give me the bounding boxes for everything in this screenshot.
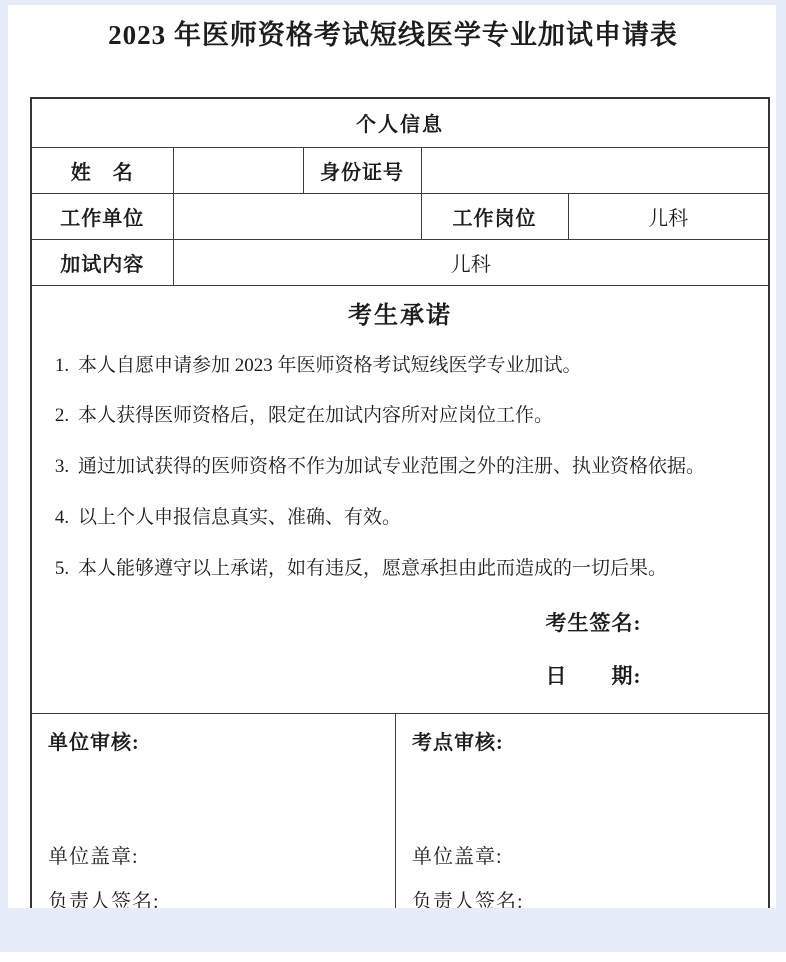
item-text: 本人获得医师资格后，限定在加试内容所对应岗位工作。	[78, 404, 553, 428]
item-number: 2.	[46, 404, 78, 428]
id-number-label: 身份证号	[303, 147, 421, 193]
item-number: 1.	[46, 354, 78, 378]
commitment-item: 2. 本人获得医师资格后，限定在加试内容所对应岗位工作。	[46, 404, 754, 428]
work-post-label: 工作岗位	[421, 193, 568, 239]
right-frame-strip	[776, 0, 786, 962]
name-label: 姓 名	[31, 147, 173, 193]
left-frame-strip	[0, 0, 8, 962]
commitment-row: 考生承诺 1. 本人自愿申请参加 2023 年医师资格考试短线医学专业加试。 2…	[31, 285, 769, 714]
signature-block: 考生签名: 日 期:	[433, 607, 754, 690]
spacer	[412, 755, 754, 840]
item-number: 5.	[46, 557, 78, 581]
extra-test-row: 加试内容 儿科	[31, 239, 769, 285]
commitment-item: 4. 以上个人申报信息真实、准确、有效。	[46, 506, 754, 530]
work-unit-value-cell	[173, 193, 421, 239]
review-columns: 单位审核: 单位盖章: 负责人签名: 考点审核: 单位盖章: 负责人签名:	[32, 714, 768, 924]
commitment-item: 3. 通过加试获得的医师资格不作为加试专业范围之外的注册、执业资格依据。	[46, 455, 754, 479]
review-row: 单位审核: 单位盖章: 负责人签名: 考点审核: 单位盖章: 负责人签名:	[31, 714, 769, 925]
name-row: 姓 名 身份证号	[31, 147, 769, 193]
personal-info-section-title: 个人信息	[31, 98, 769, 147]
commitment-item: 5. 本人能够遵守以上承诺，如有违反，愿意承担由此而造成的一切后果。	[46, 557, 754, 581]
id-number-value-cell	[421, 147, 769, 193]
application-form-table: 个人信息 姓 名 身份证号 工作单位 工作岗位 儿科 加试内容 儿科 考生承诺	[30, 97, 770, 926]
item-text: 本人自愿申请参加 2023 年医师资格考试短线医学专业加试。	[78, 354, 582, 378]
item-number: 4.	[46, 506, 78, 530]
section-header-row: 个人信息	[31, 98, 769, 147]
site-review-cell: 考点审核: 单位盖章: 负责人签名:	[396, 714, 768, 924]
site-review-title: 考点审核:	[412, 726, 754, 755]
spacer	[48, 755, 381, 840]
commitment-section-title: 考生承诺	[46, 295, 754, 330]
bottom-blue-band	[0, 908, 786, 952]
commitment-cell: 考生承诺 1. 本人自愿申请参加 2023 年医师资格考试短线医学专业加试。 2…	[31, 285, 769, 714]
review-section: 单位审核: 单位盖章: 负责人签名: 考点审核: 单位盖章: 负责人签名:	[31, 714, 769, 925]
item-text: 通过加试获得的医师资格不作为加试专业范围之外的注册、执业资格依据。	[78, 455, 705, 479]
work-unit-row: 工作单位 工作岗位 儿科	[31, 193, 769, 239]
top-frame-strip	[0, 0, 786, 5]
candidate-signature-label: 考生签名:	[433, 607, 754, 637]
item-number: 3.	[46, 455, 78, 479]
item-text: 本人能够遵守以上承诺，如有违反，愿意承担由此而造成的一切后果。	[78, 557, 667, 581]
commitment-item: 1. 本人自愿申请参加 2023 年医师资格考试短线医学专业加试。	[46, 354, 754, 378]
application-form-page: 2023 年医师资格考试短线医学专业加试申请表 个人信息 姓 名 身份证号 工作…	[0, 0, 786, 962]
extra-test-label: 加试内容	[31, 239, 173, 285]
site-seal-label: 单位盖章:	[412, 840, 754, 869]
unit-review-cell: 单位审核: 单位盖章: 负责人签名:	[32, 714, 396, 924]
unit-seal-label: 单位盖章:	[48, 840, 381, 869]
work-post-value: 儿科	[568, 193, 769, 239]
work-unit-label: 工作单位	[31, 193, 173, 239]
date-label: 日 期:	[433, 660, 754, 690]
item-text: 以上个人申报信息真实、准确、有效。	[78, 506, 401, 530]
bottom-white-strip	[0, 952, 786, 962]
unit-review-title: 单位审核:	[48, 726, 381, 755]
page-title: 2023 年医师资格考试短线医学专业加试申请表	[0, 13, 786, 52]
name-value-cell	[173, 147, 303, 193]
extra-test-value: 儿科	[173, 239, 769, 285]
